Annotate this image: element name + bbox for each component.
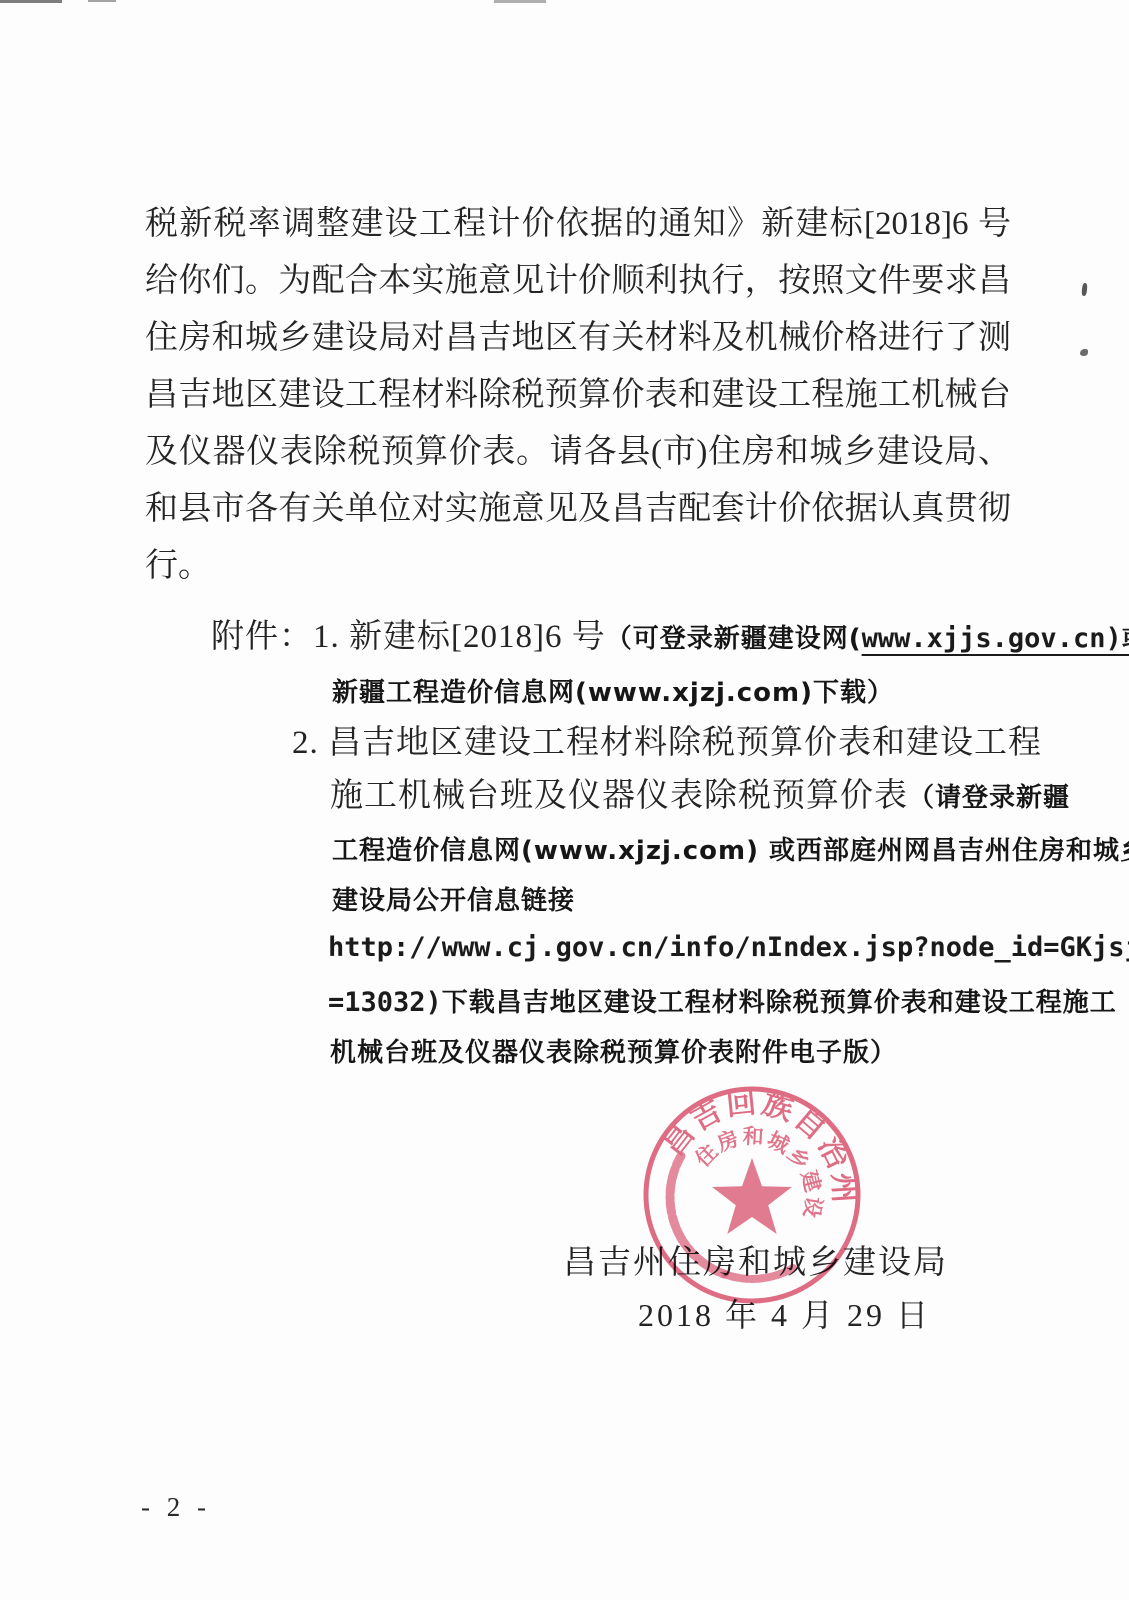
- body-line-1: 税新税率调整建设工程计价依据的通知》新建标[2018]6 号转发: [145, 196, 1011, 253]
- attachment-line-6: 建设局公开信息链接: [332, 880, 575, 917]
- attachment-item1-note-line2: 新疆工程造价信息网(www.xjzj.com)下载）: [332, 672, 894, 709]
- page-number: - 2 -: [141, 1492, 211, 1523]
- attachment-item1-note-prefix: （可登录新疆建设网(: [606, 618, 862, 655]
- attachment-line-2: 新疆工程造价信息网(www.xjzj.com)下载）: [332, 672, 894, 709]
- body-line-5: 及仪器仪表除税预算价表。请各县(市)住房和城乡建设局、州直: [145, 424, 1011, 481]
- attachment-item2-note-line6: 机械台班及仪器仪表除税预算价表附件电子版）: [330, 1032, 897, 1069]
- scan-artifact: [0, 0, 62, 3]
- attachment-line-1: 附件： 1. 新建标[2018]6 号 （可登录新疆建设网( www.xjjs.…: [211, 610, 1129, 657]
- body-line-7: 行。: [145, 538, 1011, 595]
- scan-artifact: [88, 0, 116, 2]
- body-line-6: 和县市各有关单位对实施意见及昌吉配套计价依据认真贯彻执: [145, 481, 1011, 538]
- body-line-2: 给你们。为配合本实施意见计价顺利执行，按照文件要求昌吉州: [145, 253, 1011, 310]
- attachment-item2-note-line5: 下载昌吉地区建设工程材料除税预算价表和建设工程施工: [442, 982, 1117, 1019]
- body-line-4: 昌吉地区建设工程材料除税预算价表和建设工程施工机械台班: [145, 367, 1011, 424]
- attachment-item2-note-line3: 建设局公开信息链接: [332, 880, 575, 917]
- document-page: 税新税率调整建设工程计价依据的通知》新建标[2018]6 号转发 给你们。为配合…: [0, 0, 1129, 1600]
- attachment-item2-title-line1: 2. 昌吉地区建设工程材料除税预算价表和建设工程: [292, 716, 1042, 763]
- scan-artifact: [494, 0, 546, 3]
- attachment-item2-link-url: http://www.cj.gov.cn/info/nIndex.jsp?nod…: [328, 932, 1129, 963]
- attachment-item2-note-line2: 工程造价信息网(www.xjzj.com) 或西部庭州网昌吉州住房和城乡: [332, 830, 1129, 867]
- body-paragraph: 税新税率调整建设工程计价依据的通知》新建标[2018]6 号转发 给你们。为配合…: [145, 196, 1011, 595]
- official-seal-stamp: 昌吉回族自治州 住房和城乡建设局: [632, 1073, 877, 1318]
- attachment-line-7: http://www.cj.gov.cn/info/nIndex.jsp?nod…: [328, 932, 1129, 963]
- seal-text-group: 昌吉回族自治州 住房和城乡建设局: [632, 1073, 862, 1234]
- attachment-line-4: 施工机械台班及仪器仪表除税预算价表 （请登录新疆: [330, 769, 1070, 816]
- attachment-label: 附件：: [211, 610, 313, 657]
- seal-star-icon: [712, 1158, 792, 1234]
- attachment-line-5: 工程造价信息网(www.xjzj.com) 或西部庭州网昌吉州住房和城乡: [332, 830, 1129, 867]
- attachment-item2-note-start: （请登录新疆: [908, 777, 1070, 814]
- attachment-item2-link-url-tail: =13032): [328, 987, 442, 1018]
- attachment-line-3: 2. 昌吉地区建设工程材料除税预算价表和建设工程: [292, 716, 1042, 763]
- uyghur-script-bottom: [724, 1268, 793, 1279]
- attachment-line-9: 机械台班及仪器仪表除税预算价表附件电子版）: [330, 1032, 897, 1069]
- attachment-item1-title: 1. 新建标[2018]6 号: [313, 610, 606, 657]
- uyghur-script-left: [670, 1156, 724, 1274]
- scan-artifact: [1081, 283, 1087, 296]
- scan-artifact: [1080, 349, 1088, 356]
- attachment-item1-url: www.xjjs.gov.cn)或: [862, 616, 1129, 655]
- body-line-3: 住房和城乡建设局对昌吉地区有关材料及机械价格进行了测算，: [145, 310, 1011, 367]
- attachment-line-8: =13032) 下载昌吉地区建设工程材料除税预算价表和建设工程施工: [328, 982, 1117, 1019]
- attachment-item2-title-line2: 施工机械台班及仪器仪表除税预算价表: [330, 769, 908, 816]
